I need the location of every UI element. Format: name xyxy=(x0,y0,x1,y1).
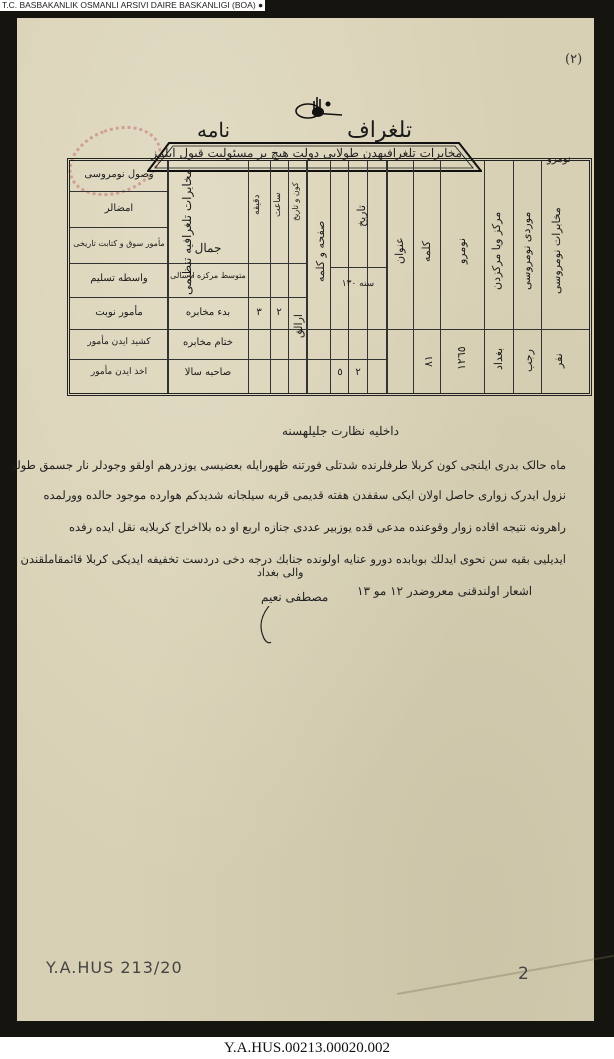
owner-value: صاحبه سالا xyxy=(169,367,247,378)
message-line-4: ایدیلیی بقیه سن نحوی ایدلك بوبابده دورو … xyxy=(21,552,567,566)
recipient-heading: داخلیه نظارت جلیلهسنه xyxy=(282,424,399,438)
header-minute: دقیقه xyxy=(252,175,262,235)
header-item-number: موردی نومروسی xyxy=(520,181,533,321)
delivery-means-value: متوسط مرکزه ارسالی xyxy=(169,271,247,280)
page-number: (٢) xyxy=(565,52,582,67)
row-label-delivery-means: واسطه تسلیم xyxy=(72,273,166,284)
officer-name: جمال xyxy=(169,241,247,255)
telegram-form-table: وصول نومروسی امضالر مأمور سوق و کتابت تا… xyxy=(67,158,592,396)
header-page-word: صفحه و کلمه xyxy=(314,191,327,311)
telegram-document: (٢) تلغراف نامه مخابرات تلغرافيهدن طولای… xyxy=(17,18,594,1021)
end-of-communication: ختام مخابره xyxy=(169,337,247,348)
header-day-date: کون و تاریخ xyxy=(291,167,300,237)
row-label-receiving-officer: اخذ ایدن مأمور xyxy=(72,367,166,377)
title-telegraph: تلغراف xyxy=(347,118,412,143)
paper-fold xyxy=(397,955,614,995)
archive-watermark: T.C. BASBAKANLIK OSMANLI ARSIVI DAIRE BA… xyxy=(0,0,265,11)
value-number: ١٢٦٥ xyxy=(455,336,468,381)
header-hour: ساعت xyxy=(273,175,283,235)
value-words: ٨١ xyxy=(422,341,435,381)
minute-value: ٣ xyxy=(250,307,268,318)
message-line-2: نزول ایدرک زواری حاصل اولان ایكی سقفدن ه… xyxy=(43,488,566,502)
value-center: بغداد xyxy=(492,336,505,381)
row-label-arrival-number: وصول نومروسی xyxy=(72,169,166,180)
value-month: رجب xyxy=(522,341,535,381)
value-nafar: نفر xyxy=(552,341,565,381)
title-name: نامه xyxy=(197,118,230,142)
message-line-1: ماه حالک بدری ایلنجی کون کربلا طرفلرنده … xyxy=(11,458,566,472)
header-center: مرکز ویا مرکزدن xyxy=(490,181,503,321)
message-line-3: راهرونه نتیجه اقاده زوار وقوعنده مدعی قد… xyxy=(69,520,566,534)
archive-reference: Y.A.HUS 213/20 xyxy=(46,958,183,977)
value-hour-small: ٢ xyxy=(350,367,366,378)
value-minute-small: ٥ xyxy=(332,367,348,378)
document-caption: Y.A.HUS.00213.00020.002 xyxy=(0,1037,614,1059)
start-of-communication: بدء مخابره xyxy=(169,307,247,318)
date-line: اشعار اولندقنی معروضدر ١٢ مو ١٣ xyxy=(357,584,532,598)
row-label-sending-officer: کشید ایدن مأمور xyxy=(72,337,166,347)
signature-title: والی بغداد xyxy=(257,566,303,579)
header-words: کلمه xyxy=(420,201,433,301)
hour-value: ٢ xyxy=(271,307,287,318)
header-communication-number: مخابرات نومروسی xyxy=(550,181,563,321)
date-value: ارالق xyxy=(292,301,305,351)
row-label-dispatch-officer: مأمور سوق و کتابت تاریخی xyxy=(72,239,166,248)
header-address: عنوان xyxy=(393,201,406,301)
row-label-signatures: امضالر xyxy=(72,203,166,214)
folio-number: 2 xyxy=(518,964,529,984)
signature-name: مصطفی نعیم xyxy=(261,590,328,604)
date-year: سنه ١٣٠ xyxy=(332,279,384,289)
header-date: تاریخ xyxy=(355,181,368,251)
row-label-duty-officer: مأمور نوبت xyxy=(72,307,166,318)
header-number: نومرو xyxy=(455,201,468,301)
tughra-icon xyxy=(292,91,347,121)
signature-flourish-icon xyxy=(257,606,277,646)
scan-background: T.C. BASBAKANLIK OSMANLI ARSIVI DAIRE BA… xyxy=(0,0,614,1037)
